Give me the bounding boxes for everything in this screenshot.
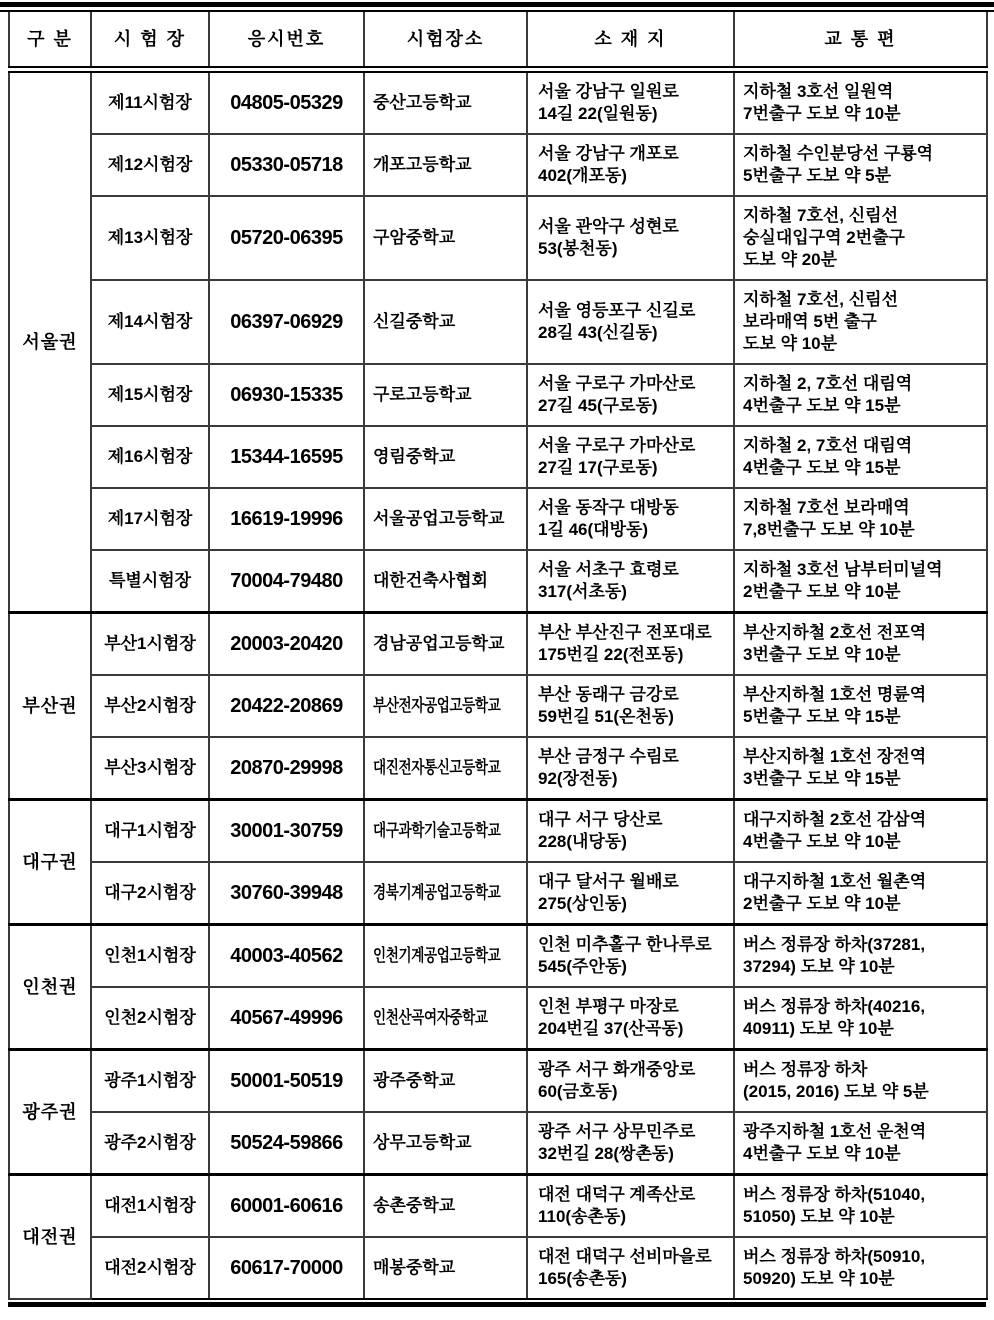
venue-name: 송촌중학교 xyxy=(373,1195,455,1217)
address-cell: 서울 구로구 가마산로 27길 17(구로동) xyxy=(527,426,734,488)
transportation-cell: 버스 정류장 하차(50910, 50920) 도보 약 10분 xyxy=(734,1237,987,1299)
region-cell: 인천권 xyxy=(9,925,91,1050)
address-cell: 대전 대덕구 계족산로 110(송촌동) xyxy=(527,1175,734,1238)
transportation-cell: 버스 정류장 하차(51040, 51050) 도보 약 10분 xyxy=(734,1175,987,1238)
applicant-number-cell: 40003-40562 xyxy=(209,925,364,988)
exam-venue-cell: 영림중학교 xyxy=(364,426,527,488)
exam-site-cell: 제17시험장 xyxy=(91,488,209,550)
header-transportation: 교 통 편 xyxy=(734,12,987,70)
venue-name: 인천기계공업고등학교 xyxy=(373,945,500,967)
venue-name: 신길중학교 xyxy=(373,311,455,333)
bottom-thick-rule xyxy=(8,1302,986,1307)
table-row: 광주2시험장 50524-59866 상무고등학교 광주 서구 상무민주로 32… xyxy=(9,1112,987,1175)
exam-venue-cell: 부산전자공업고등학교 xyxy=(364,675,527,737)
venue-name: 중산고등학교 xyxy=(373,92,472,114)
transportation-cell: 지하철 3호선 일원역 7번출구 도보 약 10분 xyxy=(734,70,987,135)
address-cell: 서울 서초구 효령로 317(서초동) xyxy=(527,550,734,613)
applicant-number-cell: 04805-05329 xyxy=(209,70,364,135)
applicant-number-cell: 05720-06395 xyxy=(209,196,364,280)
header-exam-site: 시 험 장 xyxy=(91,12,209,70)
transportation-cell: 지하철 수인분당선 구룡역 5번출구 도보 약 5분 xyxy=(734,134,987,196)
exam-venue-cell: 경남공업고등학교 xyxy=(364,613,527,676)
exam-site-table: 구 분 시 험 장 응시번호 시험장소 소 재 지 교 통 편 서울권제11시험… xyxy=(8,12,988,1300)
exam-site-cell: 광주1시험장 xyxy=(91,1050,209,1113)
exam-venue-cell: 서울공업고등학교 xyxy=(364,488,527,550)
exam-site-cell: 인천2시험장 xyxy=(91,987,209,1050)
venue-name: 경북기계공업고등학교 xyxy=(373,882,500,904)
applicant-number-cell: 15344-16595 xyxy=(209,426,364,488)
table-body: 서울권제11시험장 04805-05329 중산고등학교 서울 강남구 일원로 … xyxy=(9,70,987,1300)
table-row: 광주권광주1시험장 50001-50519 광주중학교 광주 서구 화개중앙로 … xyxy=(9,1050,987,1113)
address-cell: 광주 서구 화개중앙로 60(금호동) xyxy=(527,1050,734,1113)
transportation-cell: 부산지하철 1호선 명륜역 5번출구 도보 약 15분 xyxy=(734,675,987,737)
transportation-cell: 지하철 7호선 보라매역 7,8번출구 도보 약 10분 xyxy=(734,488,987,550)
exam-venue-cell: 중산고등학교 xyxy=(364,70,527,135)
venue-name: 서울공업고등학교 xyxy=(373,508,504,530)
exam-site-cell: 인천1시험장 xyxy=(91,925,209,988)
exam-site-cell: 대구1시험장 xyxy=(91,800,209,863)
address-cell: 서울 영등포구 신길로 28길 43(신길동) xyxy=(527,280,734,364)
address-cell: 대구 달서구 월배로 275(상인동) xyxy=(527,862,734,925)
address-cell: 서울 강남구 일원로 14길 22(일원동) xyxy=(527,70,734,135)
exam-site-cell: 제16시험장 xyxy=(91,426,209,488)
exam-venue-cell: 대구과학기술고등학교 xyxy=(364,800,527,863)
table-row: 제15시험장 06930-15335 구로고등학교 서울 구로구 가마산로 27… xyxy=(9,364,987,426)
applicant-number-cell: 50001-50519 xyxy=(209,1050,364,1113)
venue-name: 대진전자통신고등학교 xyxy=(373,757,500,779)
exam-site-cell: 광주2시험장 xyxy=(91,1112,209,1175)
transportation-cell: 버스 정류장 하차(40216, 40911) 도보 약 10분 xyxy=(734,987,987,1050)
applicant-number-cell: 60001-60616 xyxy=(209,1175,364,1238)
address-cell: 인천 부평구 마장로 204번길 37(산곡동) xyxy=(527,987,734,1050)
region-cell: 광주권 xyxy=(9,1050,91,1175)
venue-name: 대한건축사협회 xyxy=(373,570,488,592)
applicant-number-cell: 40567-49996 xyxy=(209,987,364,1050)
table-row: 부산권부산1시험장 20003-20420 경남공업고등학교 부산 부산진구 전… xyxy=(9,613,987,676)
exam-venue-cell: 대한건축사협회 xyxy=(364,550,527,613)
exam-venue-cell: 인천산곡여자중학교 xyxy=(364,987,527,1050)
applicant-number-cell: 20870-29998 xyxy=(209,737,364,800)
transportation-cell: 버스 정류장 하차 (2015, 2016) 도보 약 5분 xyxy=(734,1050,987,1113)
transportation-cell: 대구지하철 2호선 감삼역 4번출구 도보 약 10분 xyxy=(734,800,987,863)
region-cell: 부산권 xyxy=(9,613,91,800)
exam-site-cell: 부산2시험장 xyxy=(91,675,209,737)
exam-site-cell: 제15시험장 xyxy=(91,364,209,426)
exam-site-cell: 대전2시험장 xyxy=(91,1237,209,1299)
table-row: 대구권대구1시험장 30001-30759 대구과학기술고등학교 대구 서구 당… xyxy=(9,800,987,863)
table-row: 제17시험장 16619-19996 서울공업고등학교 서울 동작구 대방동 1… xyxy=(9,488,987,550)
applicant-number-cell: 30001-30759 xyxy=(209,800,364,863)
applicant-number-cell: 50524-59866 xyxy=(209,1112,364,1175)
exam-site-cell: 대구2시험장 xyxy=(91,862,209,925)
table-row: 제12시험장 05330-05718 개포고등학교 서울 강남구 개포로 402… xyxy=(9,134,987,196)
exam-site-cell: 특별시험장 xyxy=(91,550,209,613)
table-row: 서울권제11시험장 04805-05329 중산고등학교 서울 강남구 일원로 … xyxy=(9,70,987,135)
header-applicant-number: 응시번호 xyxy=(209,12,364,70)
exam-venue-cell: 인천기계공업고등학교 xyxy=(364,925,527,988)
exam-site-cell: 대전1시험장 xyxy=(91,1175,209,1238)
region-cell: 대전권 xyxy=(9,1175,91,1300)
address-cell: 인천 미추홀구 한나루로 545(주안동) xyxy=(527,925,734,988)
applicant-number-cell: 06930-15335 xyxy=(209,364,364,426)
venue-name: 부산전자공업고등학교 xyxy=(373,695,500,717)
table-row: 대구2시험장 30760-39948 경북기계공업고등학교 대구 달서구 월배로… xyxy=(9,862,987,925)
venue-name: 광주중학교 xyxy=(373,1070,455,1092)
address-cell: 대전 대덕구 선비마을로 165(송촌동) xyxy=(527,1237,734,1299)
exam-site-cell: 부산3시험장 xyxy=(91,737,209,800)
region-cell: 서울권 xyxy=(9,70,91,613)
address-cell: 광주 서구 상무민주로 32번길 28(쌍촌동) xyxy=(527,1112,734,1175)
table-row: 대전2시험장 60617-70000 매봉중학교 대전 대덕구 선비마을로 16… xyxy=(9,1237,987,1299)
header-address: 소 재 지 xyxy=(527,12,734,70)
venue-name: 영림중학교 xyxy=(373,446,455,468)
applicant-number-cell: 06397-06929 xyxy=(209,280,364,364)
address-cell: 서울 관악구 성현로 53(봉천동) xyxy=(527,196,734,280)
address-cell: 부산 동래구 금강로 59번길 51(온천동) xyxy=(527,675,734,737)
address-cell: 서울 강남구 개포로 402(개포동) xyxy=(527,134,734,196)
address-cell: 부산 금정구 수림로 92(장전동) xyxy=(527,737,734,800)
applicant-number-cell: 05330-05718 xyxy=(209,134,364,196)
exam-venue-cell: 상무고등학교 xyxy=(364,1112,527,1175)
applicant-number-cell: 30760-39948 xyxy=(209,862,364,925)
table-row: 제16시험장 15344-16595 영림중학교 서울 구로구 가마산로 27길… xyxy=(9,426,987,488)
exam-venue-cell: 신길중학교 xyxy=(364,280,527,364)
transportation-cell: 지하철 7호선, 신림선 숭실대입구역 2번출구 도보 약 20분 xyxy=(734,196,987,280)
table-row: 부산2시험장 20422-20869 부산전자공업고등학교 부산 동래구 금강로… xyxy=(9,675,987,737)
address-cell: 서울 동작구 대방동 1길 46(대방동) xyxy=(527,488,734,550)
table-row: 특별시험장 70004-79480 대한건축사협회 서울 서초구 효령로 317… xyxy=(9,550,987,613)
exam-site-cell: 제13시험장 xyxy=(91,196,209,280)
exam-venue-cell: 대진전자통신고등학교 xyxy=(364,737,527,800)
top-double-rule xyxy=(0,2,994,12)
transportation-cell: 버스 정류장 하차(37281, 37294) 도보 약 10분 xyxy=(734,925,987,988)
transportation-cell: 대구지하철 1호선 월촌역 2번출구 도보 약 10분 xyxy=(734,862,987,925)
venue-name: 매봉중학교 xyxy=(373,1257,455,1279)
transportation-cell: 지하철 3호선 남부터미널역 2번출구 도보 약 10분 xyxy=(734,550,987,613)
table-row: 제14시험장 06397-06929 신길중학교 서울 영등포구 신길로 28길… xyxy=(9,280,987,364)
transportation-cell: 지하철 2, 7호선 대림역 4번출구 도보 약 15분 xyxy=(734,364,987,426)
applicant-number-cell: 20003-20420 xyxy=(209,613,364,676)
table-row: 부산3시험장 20870-29998 대진전자통신고등학교 부산 금정구 수림로… xyxy=(9,737,987,800)
exam-site-cell: 부산1시험장 xyxy=(91,613,209,676)
table-row: 대전권대전1시험장 60001-60616 송촌중학교 대전 대덕구 계족산로 … xyxy=(9,1175,987,1238)
venue-name: 인천산곡여자중학교 xyxy=(373,1007,488,1029)
exam-venue-cell: 광주중학교 xyxy=(364,1050,527,1113)
table-row: 인천2시험장 40567-49996 인천산곡여자중학교 인천 부평구 마장로 … xyxy=(9,987,987,1050)
exam-venue-cell: 매봉중학교 xyxy=(364,1237,527,1299)
transportation-cell: 부산지하철 2호선 전포역 3번출구 도보 약 10분 xyxy=(734,613,987,676)
exam-venue-cell: 구로고등학교 xyxy=(364,364,527,426)
address-cell: 서울 구로구 가마산로 27길 45(구로동) xyxy=(527,364,734,426)
address-cell: 대구 서구 당산로 228(내당동) xyxy=(527,800,734,863)
transportation-cell: 지하철 2, 7호선 대림역 4번출구 도보 약 15분 xyxy=(734,426,987,488)
table-row: 인천권인천1시험장 40003-40562 인천기계공업고등학교 인천 미추홀구… xyxy=(9,925,987,988)
transportation-cell: 지하철 7호선, 신림선 보라매역 5번 출구 도보 약 10분 xyxy=(734,280,987,364)
table-header: 구 분 시 험 장 응시번호 시험장소 소 재 지 교 통 편 xyxy=(9,12,987,70)
applicant-number-cell: 60617-70000 xyxy=(209,1237,364,1299)
header-category: 구 분 xyxy=(9,12,91,70)
applicant-number-cell: 70004-79480 xyxy=(209,550,364,613)
exam-venue-cell: 구암중학교 xyxy=(364,196,527,280)
venue-name: 구로고등학교 xyxy=(373,384,472,406)
exam-venue-cell: 경북기계공업고등학교 xyxy=(364,862,527,925)
exam-site-cell: 제12시험장 xyxy=(91,134,209,196)
region-cell: 대구권 xyxy=(9,800,91,925)
transportation-cell: 광주지하철 1호선 운천역 4번출구 도보 약 10분 xyxy=(734,1112,987,1175)
transportation-cell: 부산지하철 1호선 장전역 3번출구 도보 약 15분 xyxy=(734,737,987,800)
venue-name: 개포고등학교 xyxy=(373,154,472,176)
venue-name: 상무고등학교 xyxy=(373,1132,472,1154)
venue-name: 구암중학교 xyxy=(373,227,455,249)
exam-venue-cell: 송촌중학교 xyxy=(364,1175,527,1238)
venue-name: 대구과학기술고등학교 xyxy=(373,820,500,842)
header-row: 구 분 시 험 장 응시번호 시험장소 소 재 지 교 통 편 xyxy=(9,12,987,70)
applicant-number-cell: 16619-19996 xyxy=(209,488,364,550)
applicant-number-cell: 20422-20869 xyxy=(209,675,364,737)
address-cell: 부산 부산진구 전포대로 175번길 22(전포동) xyxy=(527,613,734,676)
header-exam-venue: 시험장소 xyxy=(364,12,527,70)
exam-venue-cell: 개포고등학교 xyxy=(364,134,527,196)
table-row: 제13시험장 05720-06395 구암중학교 서울 관악구 성현로 53(봉… xyxy=(9,196,987,280)
venue-name: 경남공업고등학교 xyxy=(373,633,504,655)
exam-site-cell: 제11시험장 xyxy=(91,70,209,135)
exam-site-cell: 제14시험장 xyxy=(91,280,209,364)
